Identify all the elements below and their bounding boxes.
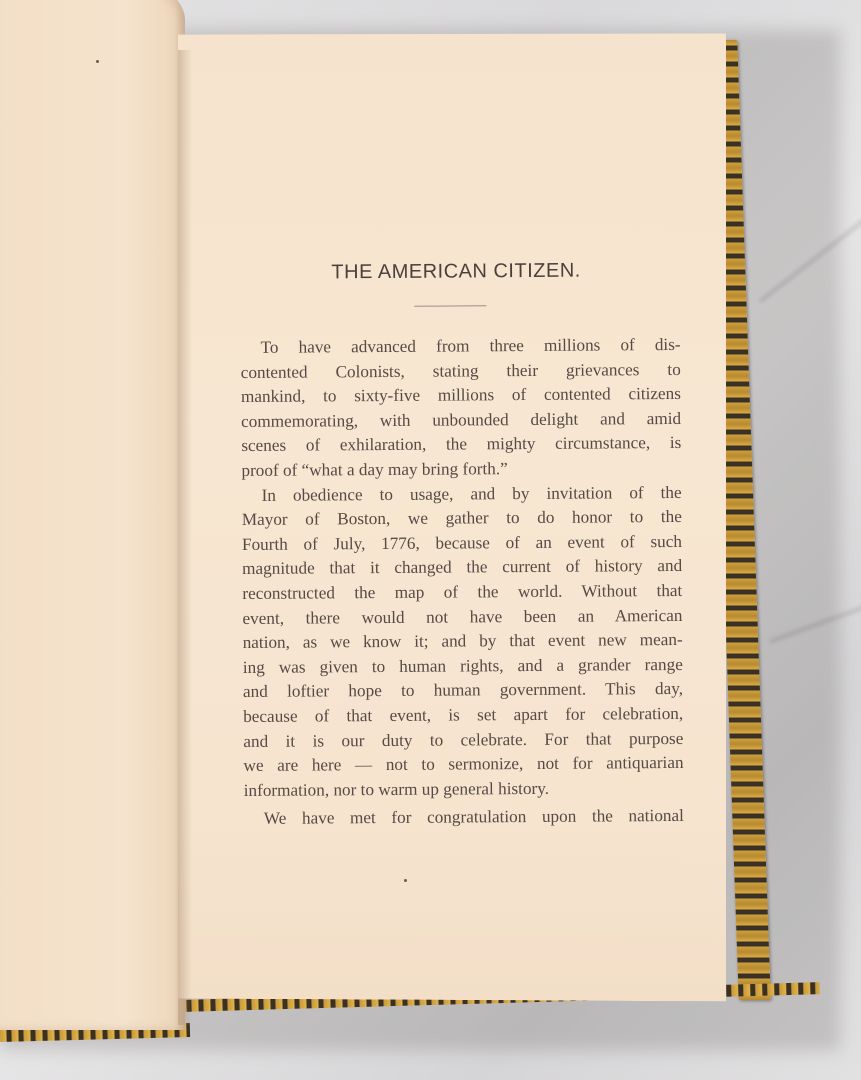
text-line: nation, as we know it; and by that event… <box>243 628 683 656</box>
text-line: information, nor to warm up general hist… <box>244 776 684 804</box>
paragraph-1: To have advanced from three millions of … <box>241 333 682 484</box>
text-line: proof of “what a day may bring forth.” <box>241 456 681 484</box>
text-line: event, there would not have been an Amer… <box>242 603 682 631</box>
left-page <box>0 0 185 1030</box>
text-line: To have advanced from three millions of … <box>241 333 681 361</box>
text-line: reconstructed the map of the world. With… <box>242 579 682 607</box>
page-speck <box>404 879 407 882</box>
text-line: magnitude that it changed the current of… <box>242 554 682 582</box>
text-line: In obedience to usage, and by invitation… <box>242 480 682 508</box>
text-line: Fourth of July, 1776, because of an even… <box>242 530 682 558</box>
text-line: and loftier hope to human government. Th… <box>243 677 683 705</box>
text-line: we are here — not to sermonize, not for … <box>243 751 683 779</box>
text-line: scenes of exhilaration, the mighty circu… <box>241 431 681 459</box>
title-rule <box>414 305 486 307</box>
paragraph-2: In obedience to usage, and by invitation… <box>242 480 684 803</box>
text-line: mankind, to sixty-five millions of conte… <box>241 382 681 410</box>
text-line: commemorating, with unbounded delight an… <box>241 407 681 435</box>
text-line: ing was given to human rights, and a gra… <box>243 653 683 681</box>
text-line: because of that event, is set apart for … <box>243 702 683 730</box>
text-line: and it is our duty to celebrate. For tha… <box>243 726 683 754</box>
page-text: THE AMERICAN CITIZEN. To have advanced f… <box>240 259 684 832</box>
text-line: We have met for congratulation upon the … <box>244 804 684 832</box>
text-line: Mayor of Boston, we gather to do honor t… <box>242 505 682 533</box>
chapter-title: THE AMERICAN CITIZEN. <box>232 259 680 285</box>
page-speck <box>96 60 99 63</box>
paragraph-3: We have met for congratulation upon the … <box>244 804 684 832</box>
text-line: contented Colonists, stating their griev… <box>241 358 681 386</box>
book-gutter <box>178 50 192 1025</box>
